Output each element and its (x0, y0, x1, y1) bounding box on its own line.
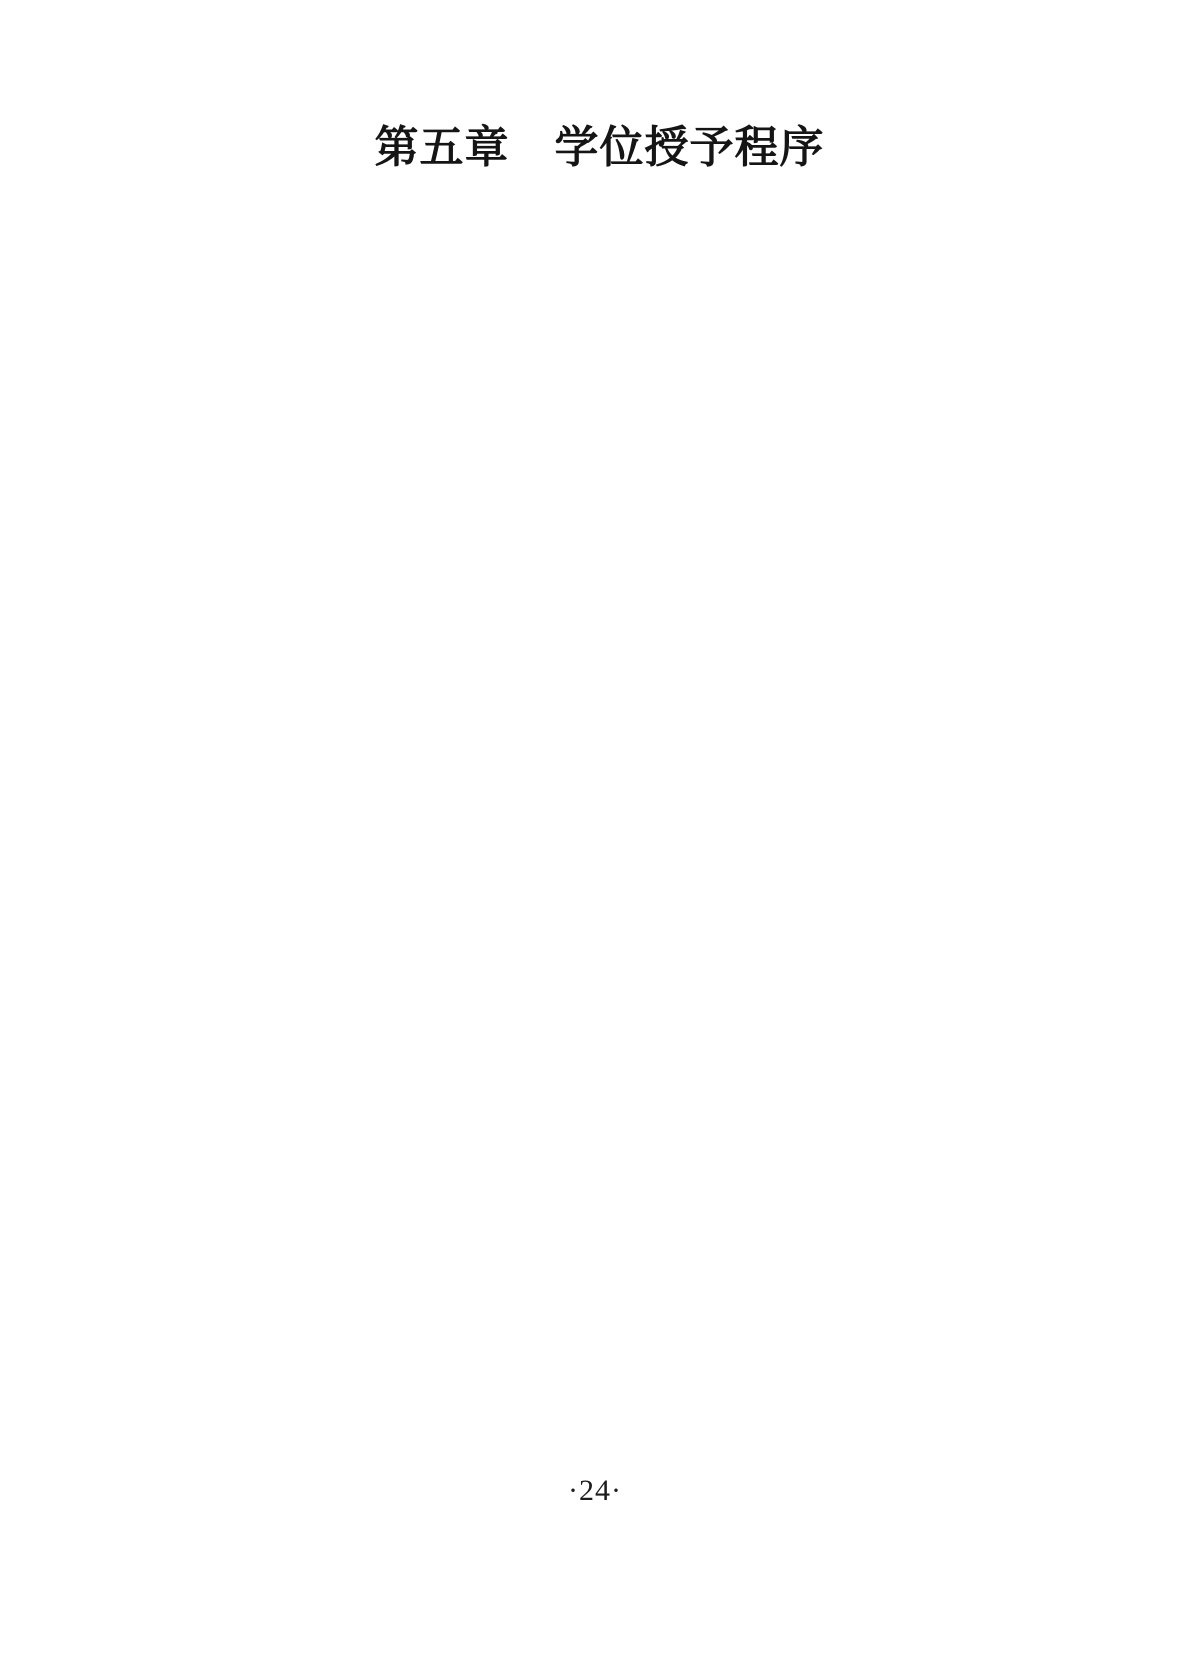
page-number: ·24· (568, 1474, 622, 1507)
document-page: 第五章 学位授予程序 ·24· (0, 0, 1190, 1670)
chapter-heading: 第五章 学位授予程序 (88, 121, 1111, 175)
page-footer: ·24· (0, 1474, 1190, 1508)
document-body: 第五章 学位授予程序 (88, 94, 1111, 220)
